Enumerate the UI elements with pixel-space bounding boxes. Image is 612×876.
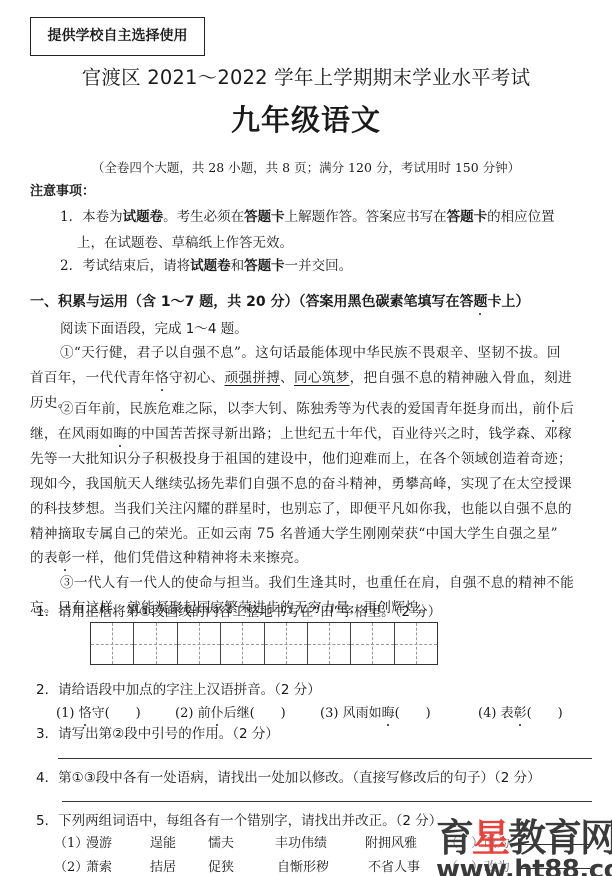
passage-p2-line4: 现如今，我国航天人继续弘扬先辈们自强不息的奋斗精神，勇攀高峰，实现了在太空授课 <box>30 472 572 492</box>
notice-emphasis: 答题卡 <box>244 258 285 274</box>
grid-cell[interactable] <box>395 623 437 664</box>
passage-text: 后 <box>560 401 574 417</box>
notice-item-1: 1．本卷为试题卷。考生必须在答题卡上解题作答。答案应书写在答题卡的相应位置 <box>60 205 555 225</box>
reading-prompt: 阅读下面语段，完成 1～4 题。 <box>60 317 248 337</box>
word-item: 不省人事 <box>368 856 420 875</box>
watermark-text: 育 <box>436 816 472 860</box>
notice-text: 本卷为 <box>82 209 123 225</box>
notice-emphasis: 答题卡 <box>244 209 285 225</box>
word-item: 逞能 <box>150 832 176 851</box>
notice-text: 考试结束后，请将 <box>82 258 190 274</box>
grid-cell[interactable] <box>265 623 308 664</box>
pinyin-blank[interactable]: ( ) <box>250 706 286 721</box>
pinyin-blank[interactable]: ( ) <box>395 706 431 721</box>
passage-p2-line3: 先等一大批知识分子积极投身于祖国的建设中，他们迎难而上，在各个领域创造着奇迹； <box>30 447 572 467</box>
dotted-text: 答题卡 <box>459 294 501 310</box>
grid-cell[interactable] <box>308 623 351 664</box>
word-item: 丰功伟绩 <box>275 832 327 851</box>
q2-item-2: (2) 前仆后继( ) <box>175 702 286 721</box>
dotted-emphasis: 答题卡 <box>459 294 501 310</box>
dotted-char: 恪 <box>155 370 169 386</box>
section-1-heading: 一、积累与运用（含 1～7 题，共 20 分）（答案用黑色碳素笔填写在答题卡上） <box>30 291 529 311</box>
underlined-phrase: 同心筑梦 <box>294 370 350 386</box>
passage-p2-line5: 的科技梦想。当我们关注闪耀的群星时，也别忘了，即便平凡如你我，也能以自强不息的 <box>30 497 572 517</box>
notice-text: 。考生必须在 <box>163 209 244 225</box>
watermark-red-text: 星 <box>472 816 508 860</box>
word-item: 拮居 <box>150 856 176 875</box>
passage-text: ，把自强不息的精神融入骨血，刻进 <box>350 370 572 386</box>
notice-emphasis: 答题卡 <box>447 209 488 225</box>
passage-text: 首百年，一代代青年 <box>30 370 155 386</box>
dotted-char: 晦 <box>113 426 127 442</box>
word-text: 风雨如 <box>343 706 382 721</box>
pinyin-blank[interactable]: ( ) <box>527 706 563 721</box>
notice-number: 2． <box>60 258 82 274</box>
notice-emphasis: 试题卷 <box>123 209 164 225</box>
notice-heading: 注意事项： <box>30 180 95 199</box>
item-label: (4) <box>478 706 496 721</box>
dotted-char: 彰 <box>58 550 72 566</box>
q2-item-4: (4) 表彰( ) <box>478 702 563 721</box>
dotted-char: 仆 <box>211 706 224 721</box>
word-text: 守 <box>92 706 105 721</box>
tianzige-grid[interactable] <box>90 622 438 665</box>
watermark-logo-text: 育星教育网 <box>436 818 612 858</box>
dotted-char: 晦 <box>382 706 395 721</box>
notice-text: 和 <box>231 258 245 274</box>
question-1-text: 1．请用正楷将第①段画线的内容工整地书写在“田”字格里。（2 分） <box>36 600 441 620</box>
grid-cell[interactable] <box>91 623 134 664</box>
passage-p2-line1: ②百年前，民族危难之际，以李大钊、陈独秀等为代表的爱国青年挺身而出，前仆后 <box>60 397 574 417</box>
grid-cell[interactable] <box>134 623 177 664</box>
question-3-text: 3．请写出第②段中引号的作用。（2 分） <box>36 722 279 742</box>
passage-p2-line6: 精神摘取专属自己的荣光。正如云南 75 名普通大学生刚刚荣获“中国大学生自强之星… <box>30 522 558 542</box>
passage-p2-line2: 继，在风雨如晦的中国苦苦探寻新出路；上世纪五十年代，百业待兴之时，钱学森、邓稼 <box>30 422 572 442</box>
usage-note-box: 提供学校自主选择使用 <box>30 17 205 56</box>
item-label: (2) <box>175 706 193 721</box>
grid-cell[interactable] <box>351 623 394 664</box>
passage-text: 、 <box>280 370 294 386</box>
passage-text: 的表 <box>30 550 58 566</box>
grid-cell[interactable] <box>178 623 221 664</box>
passage-text: 守初心、 <box>169 370 225 386</box>
notice-item-1-continuation: 上，在试题卷、草稿纸上作答无效。 <box>77 231 293 251</box>
watermark-text: 教育网 <box>508 816 612 860</box>
exam-info: （全卷四个大题，共 28 小题，共 8 页；满分 120 分，考试用时 150 … <box>0 158 612 176</box>
item-label: (1) <box>56 706 74 721</box>
group-label: （2） <box>54 856 88 875</box>
pinyin-blank[interactable]: ( ) <box>105 706 141 721</box>
passage-text: 一样，他们凭借这种精神将未来擦亮。 <box>72 550 308 566</box>
section-title: 一、积累与运用（含 1～7 题，共 20 分） <box>30 294 298 310</box>
site-watermark: 育星教育网 www.ht88.com <box>436 818 612 876</box>
notice-emphasis: 试题卷 <box>190 258 231 274</box>
q2-item-3: (3) 风雨如晦( ) <box>320 702 431 721</box>
passage-text: 的中国苦苦探寻新出路；上世纪五十年代，百业待兴之时，钱学森、邓稼 <box>127 426 572 442</box>
notice-text: 上解题作答。答案应书写在 <box>285 209 447 225</box>
passage-text: 继，在风雨如 <box>30 426 113 442</box>
section-instruction-end: 上） <box>501 294 529 310</box>
notice-text: 的相应位置 <box>487 209 555 225</box>
question-2-text: 2．请给语段中加点的字注上汉语拼音。（2 分） <box>36 678 321 698</box>
word-text: 前 <box>198 706 211 721</box>
dotted-char: 彰 <box>514 706 527 721</box>
subject-title: 九年级语文 <box>0 98 612 139</box>
notice-number: 1． <box>60 209 82 225</box>
word-item: 自惭形秽 <box>277 856 329 875</box>
word-item: 萧索 <box>86 856 112 875</box>
passage-p1-line2: 首百年，一代代青年恪守初心、顽强拼搏、同心筑梦，把自强不息的精神融入骨血，刻进 <box>30 366 572 386</box>
word-item: 漫游 <box>86 832 112 851</box>
word-item: 促狭 <box>208 856 234 875</box>
word-item: 附拥风雅 <box>365 832 417 851</box>
dotted-char: 仆 <box>546 401 560 417</box>
question-4-text: 4．第①③段中各有一处语病，请找出一处加以修改。（直接写修改后的句子）（2 分） <box>36 766 541 786</box>
q2-item-1: (1) 恪守( ) <box>56 702 141 721</box>
group-label: （1） <box>54 832 88 851</box>
passage-p3-line1: ③一代人有一代人的使命与担当。我们生逢其时，也重任在肩，自强不息的精神不能 <box>60 571 574 591</box>
passage-p1-line1: ①“天行健，君子以自强不息”。这句话最能体现中华民族不畏艰辛、坚韧不拔。回 <box>60 341 561 361</box>
watermark-url: www.ht88.com <box>436 858 612 876</box>
notice-item-2: 2．考试结束后，请将试题卷和答题卡一并交回。 <box>60 254 352 274</box>
question-5-text: 5．下列两组词语中，每组各有一个错别字，请找出并改正。（2 分） <box>36 809 442 829</box>
passage-p2-line7: 的表彰一样，他们凭借这种精神将未来擦亮。 <box>30 546 308 566</box>
word-text: 后继 <box>224 706 250 721</box>
underlined-phrase: 顽强拼搏 <box>225 370 281 386</box>
grid-cell[interactable] <box>221 623 264 664</box>
section-instruction: （答案用黑色碳素笔填写在 <box>298 294 459 310</box>
exam-title: 官渡区 2021～2022 学年上学期期末学业水平考试 <box>0 62 612 90</box>
q4-answer-line[interactable] <box>62 801 592 802</box>
item-label: (3) <box>320 706 338 721</box>
q3-answer-line[interactable] <box>58 758 592 759</box>
word-text: 表 <box>501 706 514 721</box>
dotted-char: 恪 <box>79 706 92 721</box>
passage-text: ②百年前，民族危难之际，以李大钊、陈独秀等为代表的爱国青年挺身而出，前 <box>60 401 546 417</box>
word-item: 懦夫 <box>208 832 234 851</box>
notice-text: 一并交回。 <box>285 258 353 274</box>
